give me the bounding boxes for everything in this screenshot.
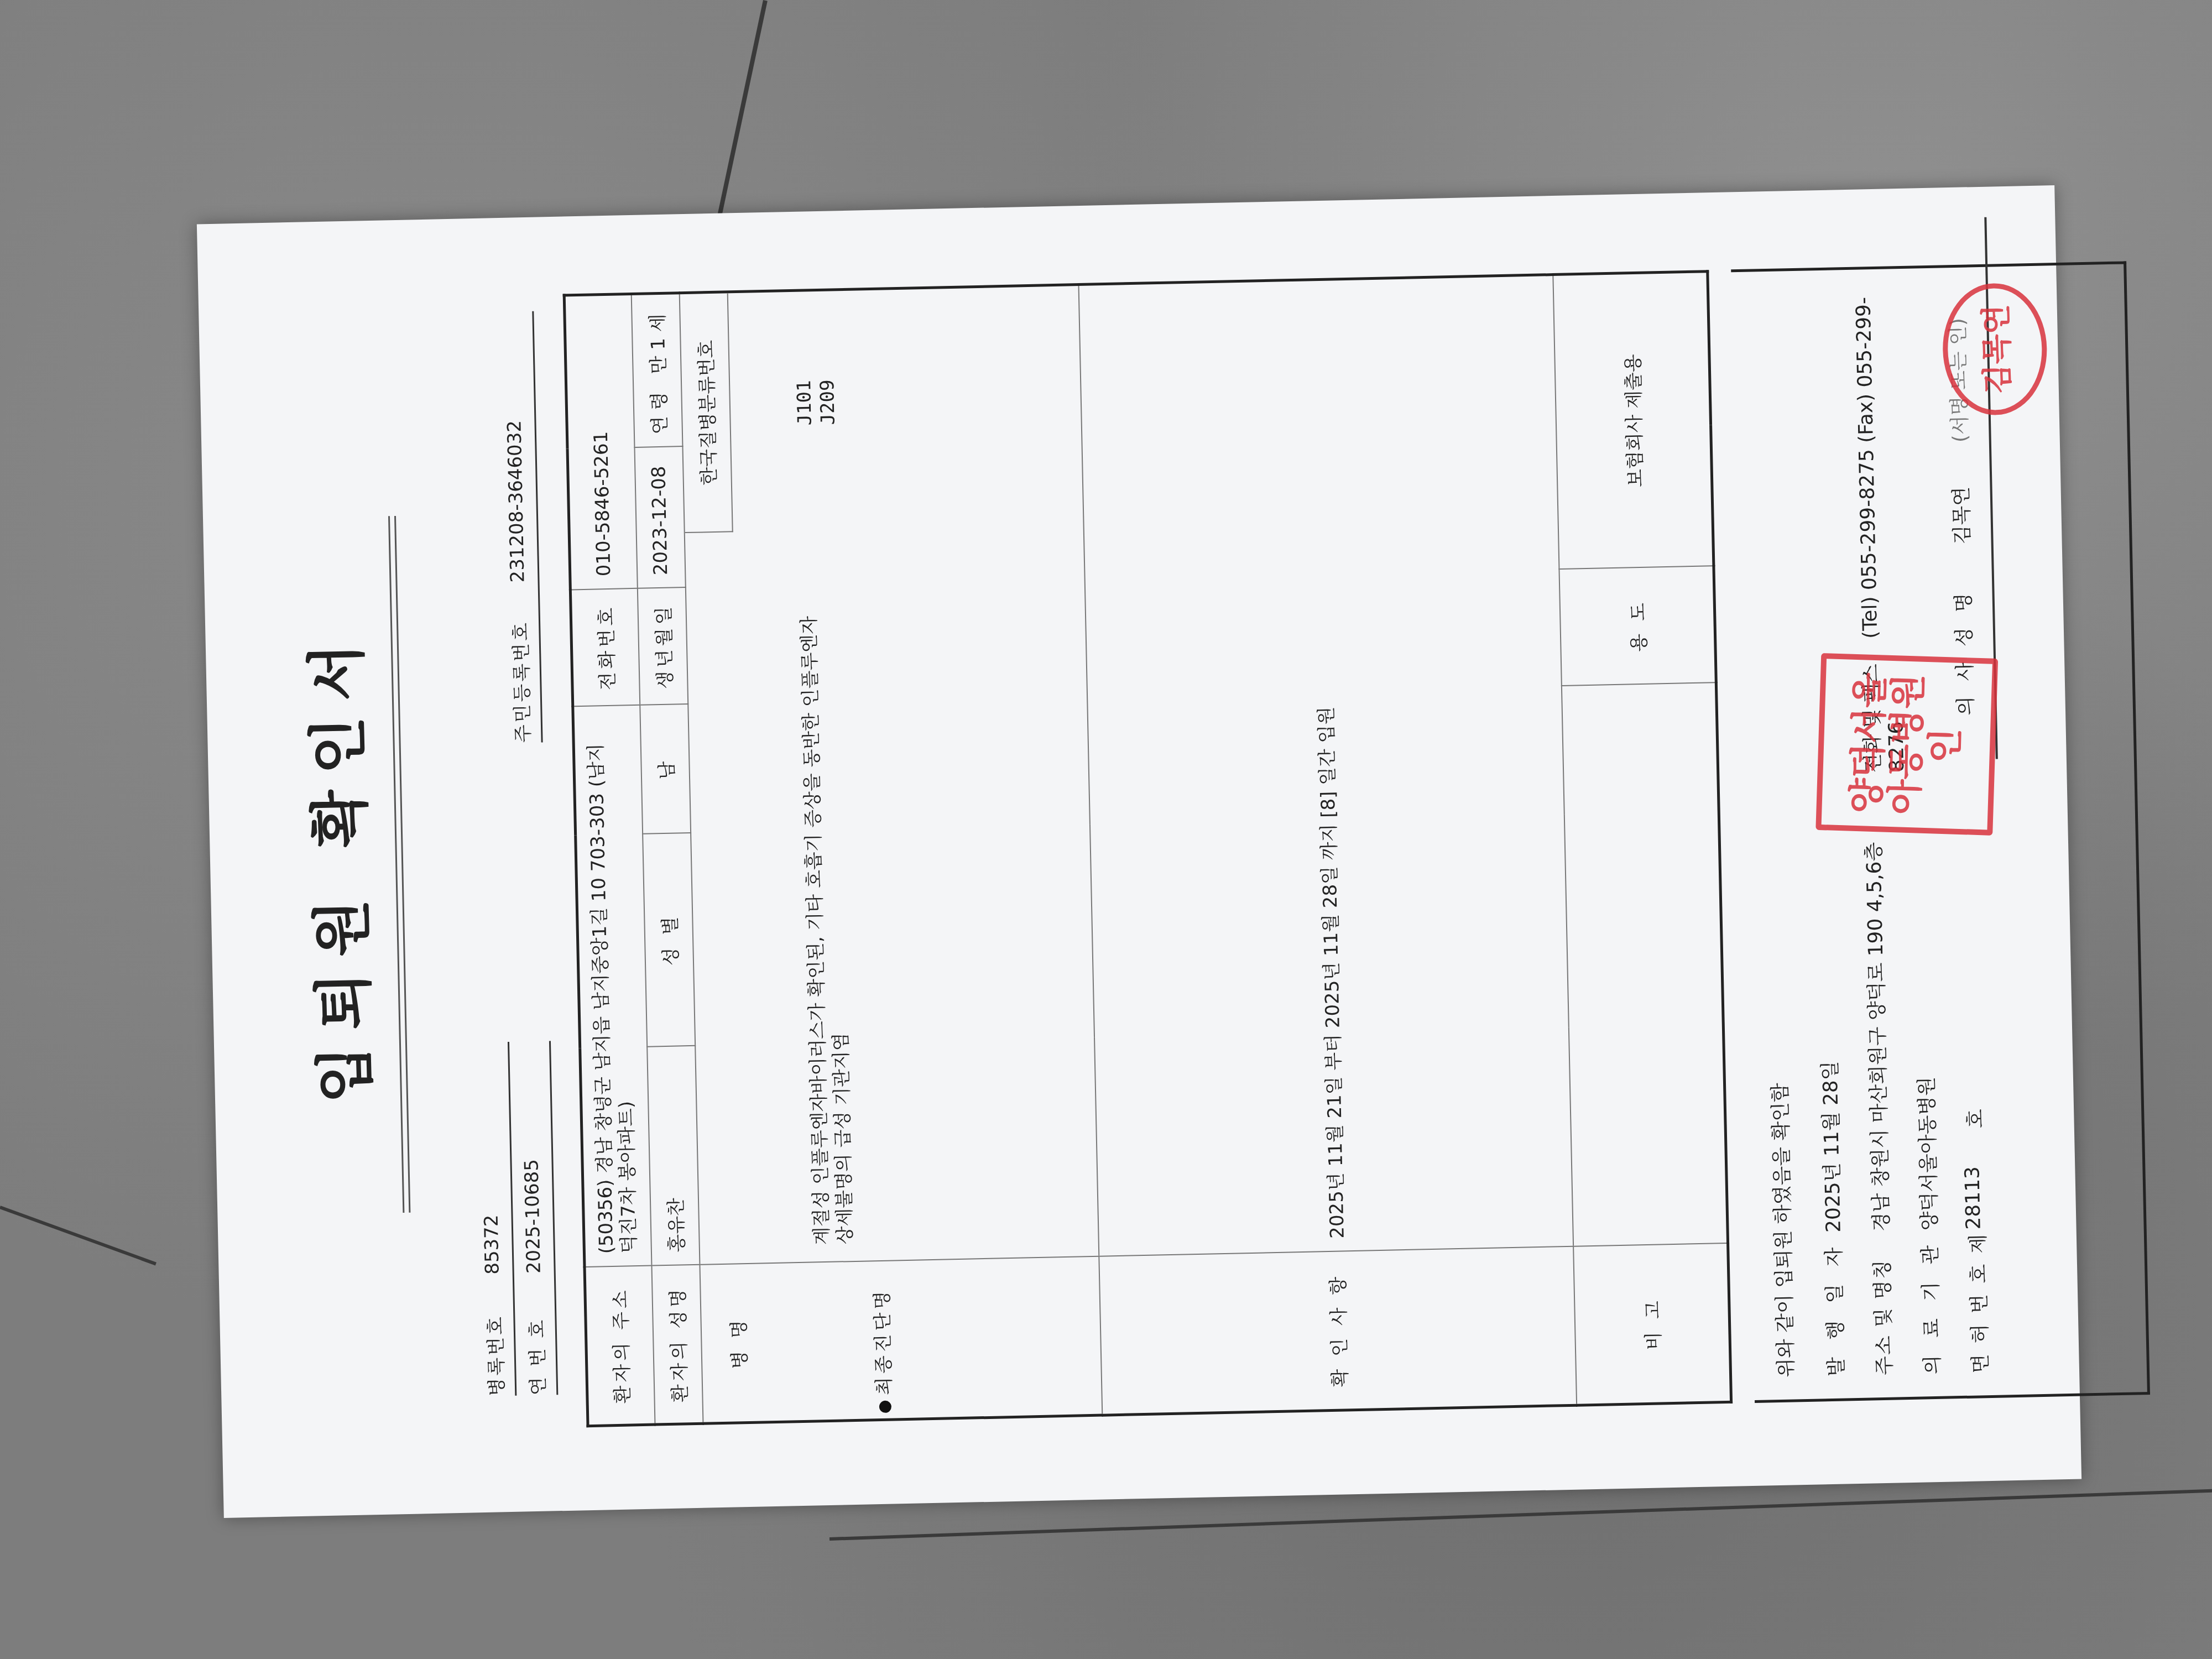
name-label: 환자의 성명 xyxy=(651,1265,703,1425)
phone-value: 010-5846-5261 xyxy=(564,294,637,590)
bullet-icon xyxy=(879,1401,891,1413)
dob-label: 생년월일 xyxy=(637,587,687,705)
age-value: 만 1 세 xyxy=(646,314,670,374)
diagnosis-names: 계절성 인플루엔자바이러스가 확인된, 기타 호흡기 증상을 동반한 인플루엔자… xyxy=(797,615,858,1245)
purpose-label: 용 도 xyxy=(1559,566,1716,686)
issue-date-label: 발 행 일 자 xyxy=(1818,1232,1849,1376)
document-paper: 입퇴원 확인서 병록번호 85372 연 번 호 2025-10685 주민등록… xyxy=(197,185,2081,1518)
address-label: 환자의 주소 xyxy=(585,1266,655,1426)
issue-date-row: 발 행 일 자 2025년 11월 28일 xyxy=(1798,293,1849,1377)
kcd-label: 한국질병분류번호 xyxy=(680,293,733,533)
name-value: 홍유찬 xyxy=(647,1046,700,1266)
title-underline xyxy=(388,516,410,1213)
dob-value: 2023-12-08 xyxy=(634,446,685,588)
confirmation-label: 확 인 사 항 xyxy=(1099,1246,1577,1415)
confirmation-text: 2025년 11월 21일 부터 2025년 11월 28일 까지 [8] 일간… xyxy=(1078,275,1573,1256)
disease-label: 병 명 xyxy=(723,1276,753,1410)
patient-info-table: 환자의 주소 (50356) 경남 창녕군 남지읍 남지중앙1길 10 703-… xyxy=(563,270,1733,1427)
license-label: 면 허 번 호 제 xyxy=(1962,1229,1993,1374)
institution-label: 의 료 기 관 xyxy=(1914,1230,1945,1375)
remarks-value xyxy=(1561,682,1728,1246)
final-diagnosis-label: 최종진단명 xyxy=(871,1287,895,1395)
resident-number-label: 주민등록번호 xyxy=(504,582,535,743)
serial-number-row: 연 번 호 2025-10685 xyxy=(509,1041,558,1395)
resident-number-row: 주민등록번호 231208-3646032 xyxy=(492,311,542,743)
serial-number-value: 2025-10685 xyxy=(520,1159,545,1274)
hospital-seal-stamp: 양덕서울아동병원인 xyxy=(1815,653,1998,836)
remarks-row: 비 고 용 도 보험회사 제출용 xyxy=(1553,272,1731,1405)
remarks-label: 비 고 xyxy=(1573,1243,1731,1405)
diagnosis-row: 병 명 최종진단명 한국질병분류번호 계절성 인플루엔자바이러스가 확인된, 기… xyxy=(679,285,1102,1424)
diagnosis-codes: J101 J209 xyxy=(792,379,841,426)
registration-meta: 병록번호 85372 연 번 호 2025-10685 주민등록번호 23120… xyxy=(452,294,570,1430)
sex-label: 성 별 xyxy=(643,832,695,1046)
license-number: 28113 xyxy=(1961,1166,1990,1230)
serial-number-label: 연 번 호 xyxy=(520,1274,550,1396)
phone-label: 전화번호 xyxy=(570,588,639,706)
age-label: 연 령 xyxy=(648,392,671,434)
sex-value: 남 xyxy=(640,704,691,833)
diagnosis-content: 한국질병분류번호 계절성 인플루엔자바이러스가 확인된, 기타 호흡기 증상을 … xyxy=(679,285,1099,1265)
hospital-address-value: 경남 창원시 마산회원구 양덕로 190 4,5,6층 xyxy=(1858,842,1895,1232)
final-diagnosis-label-wrap: 최종진단명 xyxy=(867,1287,896,1413)
confirmation-row: 확 인 사 항 2025년 11월 21일 부터 2025년 11월 28일 까… xyxy=(1078,275,1577,1416)
confirmation-statement: 위와 같이 입퇴원 하였음을 확인함 xyxy=(1748,294,1799,1378)
hospital-address-label: 주소 및 명칭 xyxy=(1866,1232,1897,1376)
diagnosis-code-2: J209 xyxy=(816,379,840,425)
diagnosis-label-cell: 병 명 최종진단명 xyxy=(700,1256,1102,1424)
chart-number-value: 85372 xyxy=(480,1214,503,1275)
purpose-value: 보험회사 제출용 xyxy=(1553,272,1714,569)
document-body: 입퇴원 확인서 병록번호 85372 연 번 호 2025-10685 주민등록… xyxy=(259,264,1997,1433)
age-cell: 연 령 만 1 세 xyxy=(631,293,682,447)
resident-number-value: 231208-3646032 xyxy=(503,420,529,583)
issue-date-value: 2025년 11월 28일 xyxy=(1814,1061,1846,1233)
issuer-footer: 위와 같이 입퇴원 하였음을 확인함 발 행 일 자 2025년 11월 28일… xyxy=(1731,261,2150,1403)
chart-number-label: 병록번호 xyxy=(479,1274,509,1396)
chart-number-row: 병록번호 85372 xyxy=(468,1042,517,1396)
floor-seam xyxy=(0,1206,156,1265)
doctor-name: 김목연 xyxy=(1945,486,1975,544)
address-value: (50356) 경남 창녕군 남지읍 남지중앙1길 10 703-303 (남지… xyxy=(573,705,651,1267)
diagnosis-code-1: J101 xyxy=(792,380,817,426)
document-title: 입퇴원 확인서 xyxy=(281,298,391,1433)
license-suffix: 호 xyxy=(1960,1109,1989,1129)
institution-value: 양덕서울아동병원 xyxy=(1911,1077,1942,1231)
